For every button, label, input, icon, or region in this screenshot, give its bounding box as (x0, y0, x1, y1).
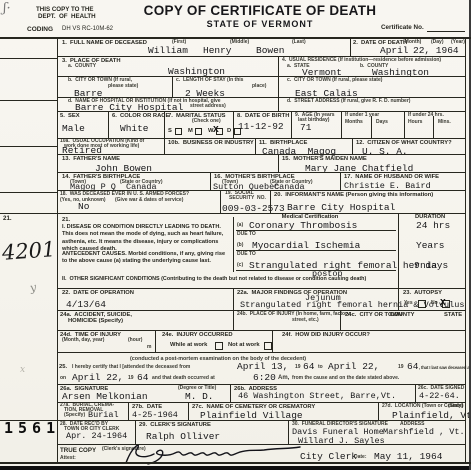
attest-date-value: May 11, 1964 (374, 452, 442, 462)
field-21-number: 21. (62, 217, 70, 224)
field-24c-county-label: COUNTY (390, 312, 414, 319)
cause-b-duration: Years (416, 241, 445, 251)
scan-bottom-edge (0, 466, 471, 470)
rule (233, 217, 234, 272)
death-date-month: April (380, 46, 409, 56)
injury-at-work-label: While at work (170, 342, 207, 349)
field-21-part2-text: ANTECEDENT CAUSES. Morbid conditions, if… (62, 251, 228, 266)
due-to-1-label: DUE TO (237, 232, 256, 238)
cause-b-tag: (b) (237, 243, 243, 249)
certify-19-a: 19 (295, 365, 301, 371)
rule (233, 310, 234, 330)
under-24-hrs-hours-label: Hours (408, 120, 422, 126)
rule (0, 146, 57, 147)
rule (398, 288, 399, 310)
deceased-middle-name: Henry (203, 46, 232, 56)
rule (278, 56, 279, 111)
rule (340, 310, 341, 330)
rule (371, 116, 372, 138)
date-label: Date: (354, 455, 367, 461)
autopsy-yes-checkbox (418, 300, 426, 308)
field-4d-label: d. STREET ADDRESS (If rural, give R. F. … (287, 99, 410, 105)
rule (57, 172, 465, 173)
autopsy-yes-label: Yes (404, 301, 413, 307)
rule (57, 97, 465, 98)
field-25-number: 25. (59, 364, 67, 371)
due-to-2-label: DUE TO (237, 252, 256, 258)
field-21-part1-text: I. DISEASE OR CONDITION DIRECTLY LEADING… (62, 224, 228, 253)
cause-c-tag: (c) (237, 263, 243, 269)
rule (350, 37, 351, 56)
date-of-birth-value: 11-12-92 (238, 122, 284, 132)
rule (255, 138, 256, 154)
rule (57, 138, 465, 139)
certify-to-label: to (318, 365, 323, 371)
field-8-label: 8. DATE OF BIRTH (237, 113, 289, 120)
armed-forces-value: No (78, 202, 89, 212)
rule (352, 138, 353, 154)
rule (220, 190, 221, 213)
burial-type-value: Burial (88, 411, 119, 420)
field-23-label: 23. AUTOPSY (403, 290, 442, 297)
certify-on-label: on (60, 376, 66, 382)
field-3b-label2: please state) (108, 84, 138, 90)
rule (404, 111, 405, 138)
rule (340, 172, 341, 190)
field-5-label: 5. SEX (60, 113, 80, 120)
attest-label: Attest: (60, 456, 76, 462)
field-24c-state-label: STATE (444, 312, 462, 319)
document-title: COPY OF CERTIFICATE OF DEATH (120, 4, 400, 18)
rule (378, 402, 379, 420)
field-20-label: 20. INFORMANT'S NAME (Person giving this… (274, 192, 433, 199)
field-3d-label2: street address) (190, 104, 226, 110)
marital-option-d: D (227, 128, 231, 135)
rule (0, 462, 471, 464)
rule (415, 384, 416, 402)
field-3c-label2: place) (252, 84, 266, 90)
injury-not-at-work-checkbox (264, 342, 272, 350)
rule (57, 56, 465, 57)
rule (57, 288, 465, 289)
attended-from-date: April 13, (237, 362, 288, 372)
rule (172, 76, 173, 97)
rule (288, 420, 289, 444)
death-time-ampm: Am, (278, 375, 289, 382)
field-18-label3: (Give war & dates of service) (115, 198, 183, 204)
rule (270, 190, 271, 213)
certify-19-b: 19 (398, 365, 404, 371)
stamp-number-1561: 1561 (4, 421, 60, 436)
under-1-year-months-label: Months (345, 120, 363, 126)
operation-date-value: 4/13/64 (66, 300, 106, 310)
field-1-middle-sublabel: (Middle) (230, 40, 249, 46)
rule (398, 213, 399, 288)
under-24-hrs-mins-label: Mins. (438, 120, 451, 126)
field-4c-label: c. CITY OR TOWN (If rural, please state) (287, 78, 382, 84)
rule (57, 384, 465, 385)
rule (57, 352, 465, 353)
field-19-label2: SECURITY NO. (229, 196, 266, 202)
cause-a-tag: (a) (237, 223, 243, 229)
sex-value: Male (62, 124, 85, 134)
rule (236, 270, 396, 271)
field-17-label: 17. NAME OF HUSBAND OR WIFE (344, 174, 439, 181)
last-seen-date: April 22, (72, 373, 123, 383)
injury-at-work-checkbox (215, 342, 223, 350)
rule (278, 154, 279, 172)
corner-handwritten-mark: ʃ· (3, 1, 11, 16)
field-6-label: 6. COLOR OR RACE (112, 113, 169, 120)
field-24d-hour-sublabel: (hour) (128, 338, 142, 344)
rule (0, 192, 57, 193)
burial-date-value: 4-25-1964 (132, 411, 178, 420)
certify-text-1: I hereby certify that I [attended the de… (72, 365, 190, 371)
death-date-day-year: 22, 1964 (413, 46, 459, 56)
rule (57, 37, 58, 462)
certificate-no-blank-line (427, 31, 465, 32)
certify-19-c: 19 (128, 376, 134, 382)
rule (57, 76, 465, 77)
last-seen-year: 64 (137, 373, 148, 383)
physician-address-value: 46 Washington Street, Barre,Vt. (238, 392, 396, 401)
rule (57, 330, 465, 331)
attended-to-date: April 22, (328, 362, 379, 372)
certify-text-2: , that I last saw deceased alive] (419, 365, 471, 370)
rule (433, 116, 434, 138)
rule (236, 230, 396, 231)
marital-checkbox-m (195, 128, 202, 135)
rule (57, 444, 465, 445)
rule (164, 111, 165, 138)
autopsy-no-label: No (431, 301, 438, 307)
rule (0, 58, 57, 59)
attended-from-year: 64 (303, 362, 314, 372)
rule (164, 138, 165, 154)
city-clerk-title: City Clerk (300, 452, 357, 462)
field-24f-label: 24f. HOW DID INJURY OCCUR? (282, 332, 370, 339)
certify-text-3: and that death occurred at (152, 376, 215, 382)
field-29-label: 29. CLERK'S SIGNATURE (139, 422, 211, 429)
rule (210, 172, 211, 190)
field-24a-label2: HOMICIDE (Specify) (68, 318, 123, 325)
rule (291, 111, 292, 138)
rule (233, 288, 234, 310)
rule (272, 330, 273, 352)
copy-note-line2: DEPT. OF HEALTH (38, 13, 96, 20)
field-10b-label: 10b. BUSINESS OR INDUSTRY (168, 140, 254, 147)
rule (155, 330, 156, 352)
field-15-label: 15. MOTHER'S MAIDEN NAME (282, 156, 367, 163)
coding-label: CODING (27, 26, 53, 34)
physician-signature-value: Arsen Melkonian (62, 392, 148, 402)
race-value: White (120, 124, 149, 134)
attended-to-year: 64 (407, 362, 418, 372)
field-13-label: 13. FATHER'S NAME (62, 156, 120, 163)
deceased-first-name: William (148, 46, 188, 56)
cause-a-duration: 24 hrs (416, 221, 450, 231)
handwritten-mark-x: x (20, 365, 25, 375)
death-time-value: 6:20 (253, 373, 276, 383)
rule (0, 37, 471, 39)
rule (0, 213, 465, 214)
field-22-label: 22. DATE OF OPERATION (62, 290, 134, 297)
marital-checkbox-s (175, 128, 182, 135)
handwritten-code-4201: 4201 (1, 239, 56, 264)
certificate-no-label: Certificate No. (381, 24, 424, 32)
rule (57, 154, 465, 155)
autopsy-no-check-mark: X (440, 298, 446, 308)
age-value: 71 (300, 123, 311, 133)
field-3c-label: c. LENGTH OF STAY (In this (176, 78, 243, 84)
rule (341, 111, 342, 138)
form-code: DH VS RC-10M-62 (62, 26, 113, 33)
field-3a-label: a. COUNTY (68, 64, 96, 70)
rule (57, 402, 465, 403)
certify-text-4: from the cause and on the date stated ab… (292, 376, 399, 382)
date-signed-value: 4-22-64. (419, 392, 460, 401)
injury-not-at-work-label: Not at work (228, 342, 260, 349)
field-1-last-sublabel: (Last) (292, 40, 306, 46)
under-1-year-label: If under 1 year (345, 113, 379, 119)
rule (188, 402, 189, 420)
marital-option-m: M (188, 128, 193, 135)
cause-c-duration: 9 days (414, 261, 448, 271)
cause-c-postop-note: postop (312, 270, 343, 279)
rule (0, 100, 57, 101)
physician-degree-value: M. D. (185, 392, 214, 402)
rule (57, 310, 465, 311)
field-24b-label2: street, etc.) (292, 318, 319, 324)
field-27d-state-sublabel: (State) (448, 404, 464, 410)
under-1-year-days-label: Days (376, 120, 388, 126)
rule (135, 420, 136, 444)
rule (128, 402, 129, 420)
deceased-last-name: Bowen (256, 46, 285, 56)
rule (465, 37, 466, 462)
under-24-hrs-label: If under 24 hrs. (408, 113, 444, 119)
document-subtitle: STATE OF VERMONT (120, 20, 400, 29)
rule (57, 190, 465, 191)
margin-sec21-number: 21. (3, 215, 12, 222)
field-1-label: 1. FULL NAME OF DECEASED (62, 40, 147, 47)
rule (108, 111, 109, 138)
death-certificate-document: ʃ· THIS COPY TO THE DEPT. OF HEALTH CODI… (0, 0, 471, 470)
field-24e-label: 24e. INJURY OCCURRED (162, 332, 233, 339)
rule (230, 384, 231, 402)
marital-option-s: S (168, 128, 172, 135)
field-24d-m-sublabel: m (147, 345, 151, 351)
rule (0, 420, 465, 421)
informant-name-value: Barre City Hospital (287, 203, 395, 213)
rule (236, 250, 396, 251)
citizen-value: U. S. A. (362, 147, 408, 157)
clerk-signature (112, 438, 307, 465)
field-24d-label2: (Month, day, year) (62, 338, 104, 344)
true-copy-label: TRUE COPY (60, 447, 96, 454)
field-27a-label3: (Specify) (64, 413, 85, 419)
rule (233, 111, 234, 138)
funeral-home-address-value: Marshfield , Vt. (383, 428, 465, 437)
handwritten-mark-y: y (29, 280, 38, 294)
marital-widowed-check-mark: X (213, 125, 219, 135)
